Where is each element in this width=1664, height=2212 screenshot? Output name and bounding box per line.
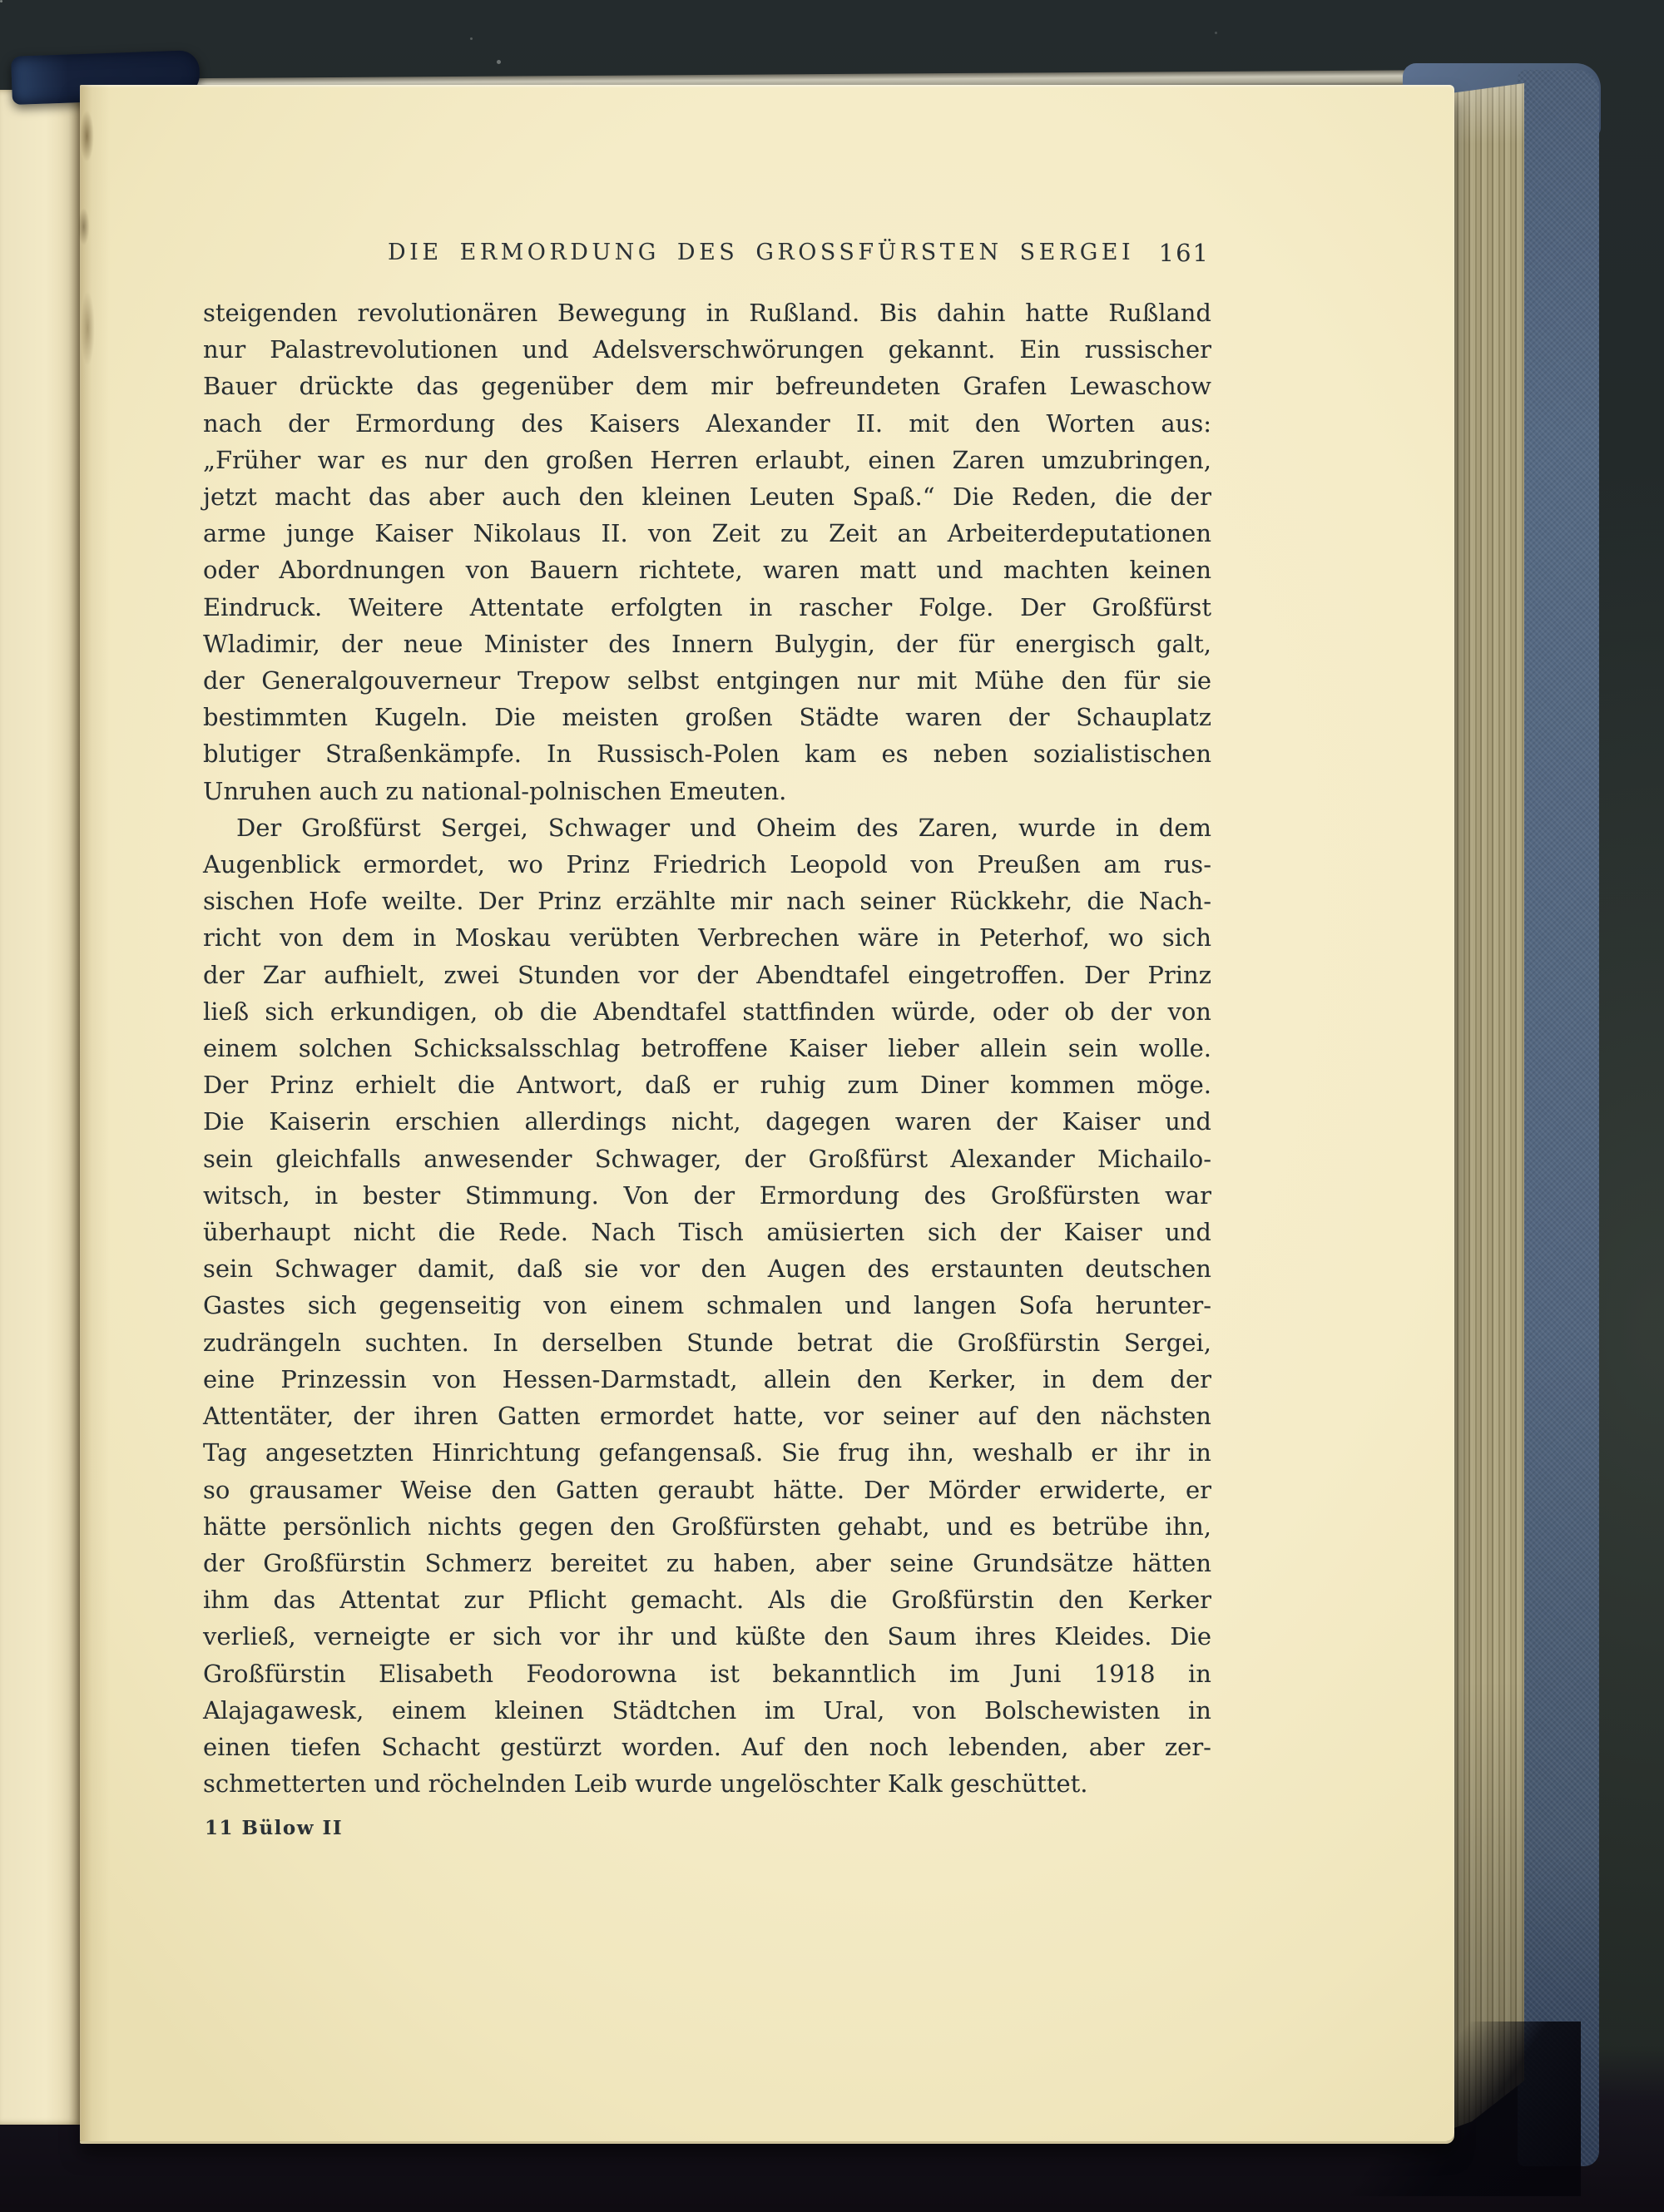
running-head-title: DIE ERMORDUNG DES GROSSFÜRSTEN SERGEI [388, 240, 1134, 265]
text-line: Der Großfürst Sergei, Schwager und Oheim… [203, 809, 1211, 846]
text-line: Tag angesetzten Hinrichtung gefangensaß.… [203, 1434, 1211, 1471]
text-column: DIE ERMORDUNG DES GROSSFÜRSTEN SERGEI 16… [203, 85, 1211, 2141]
text-line: so grausamer Weise den Gatten geraubt hä… [203, 1472, 1211, 1508]
text-line: überhaupt nicht die Rede. Nach Tisch amü… [203, 1214, 1211, 1250]
text-line: ließ sich erkundigen, ob die Abendtafel … [203, 993, 1211, 1030]
text-line: arme junge Kaiser Nikolaus II. von Zeit … [203, 515, 1211, 552]
text-line: der Generalgouverneur Trepow selbst entg… [203, 662, 1211, 699]
page-number: 161 [1159, 239, 1210, 267]
text-line: Attentäter, der ihren Gatten ermordet ha… [203, 1398, 1211, 1434]
text-line: jetzt macht das aber auch den kleinen Le… [203, 478, 1211, 515]
text-line: der Zar aufhielt, zwei Stunden vor der A… [203, 957, 1211, 993]
text-line: Wladimir, der neue Minister des Innern B… [203, 626, 1211, 662]
text-line: Großfürstin Elisabeth Feodorowna ist bek… [203, 1655, 1211, 1692]
text-line: einen tiefen Schacht gestürzt worden. Au… [203, 1729, 1211, 1765]
text-line: witsch, in bester Stimmung. Von der Ermo… [203, 1177, 1211, 1214]
text-line: nur Palastrevolutionen und Adelsverschwö… [203, 331, 1211, 368]
text-line: sein gleichfalls anwesender Schwager, de… [203, 1141, 1211, 1177]
text-line: Bauer drückte das gegenüber dem mir befr… [203, 368, 1211, 404]
text-line: bestimmten Kugeln. Die meisten großen St… [203, 699, 1211, 735]
body-text: steigenden revolutionären Bewegung in Ru… [203, 294, 1211, 1802]
text-line: Gastes sich gegenseitig von einem schmal… [203, 1287, 1211, 1324]
photo-background: DIE ERMORDUNG DES GROSSFÜRSTEN SERGEI 16… [0, 0, 1664, 2212]
gutter-smudge [73, 96, 98, 379]
page-stack-fore-edge [1449, 83, 1524, 2130]
cover-cloth-right-band [1518, 70, 1599, 2166]
signature-mark: 11 Bülow II [205, 1817, 343, 1839]
text-line: nach der Ermordung des Kaisers Alexander… [203, 405, 1211, 442]
facing-page-edge [0, 90, 83, 2125]
gutter-shadow [80, 85, 110, 2141]
text-line: Eindruck. Weitere Attentate erfolgten in… [203, 589, 1211, 626]
text-line: sein Schwager damit, daß sie vor den Aug… [203, 1250, 1211, 1287]
text-line: Unruhen auch zu national-polnischen Emeu… [203, 773, 1211, 809]
text-line: verließ, verneigte er sich vor ihr und k… [203, 1618, 1211, 1655]
text-line: oder Abordnungen von Bauern richtete, wa… [203, 552, 1211, 588]
text-line: sischen Hofe weilte. Der Prinz erzählte … [203, 883, 1211, 919]
text-line: ihm das Attentat zur Pflicht gemacht. Al… [203, 1581, 1211, 1618]
text-line: Die Kaiserin erschien allerdings nicht, … [203, 1103, 1211, 1140]
running-head: DIE ERMORDUNG DES GROSSFÜRSTEN SERGEI 16… [203, 240, 1211, 273]
text-line: „Früher war es nur den großen Herren erl… [203, 442, 1211, 478]
text-line: der Großfürstin Schmerz bereitet zu habe… [203, 1545, 1211, 1581]
text-line: steigenden revolutionären Bewegung in Ru… [203, 294, 1211, 331]
text-line: zudrängeln suchten. In derselben Stunde … [203, 1324, 1211, 1361]
text-line: schmetterten und röchelnden Leib wurde u… [203, 1765, 1211, 1802]
text-line: hätte persönlich nichts gegen den Großfü… [203, 1508, 1211, 1545]
text-line: blutiger Straßenkämpfe. In Russisch-Pole… [203, 735, 1211, 772]
text-line: eine Prinzessin von Hessen-Darmstadt, al… [203, 1361, 1211, 1398]
text-line: Der Prinz erhielt die Antwort, daß er ru… [203, 1066, 1211, 1103]
text-line: richt von dem in Moskau verübten Verbrec… [203, 919, 1211, 956]
book-page: DIE ERMORDUNG DES GROSSFÜRSTEN SERGEI 16… [80, 85, 1454, 2141]
text-line: einem solchen Schicksalsschlag betroffen… [203, 1030, 1211, 1066]
text-line: Alajagawesk, einem kleinen Städtchen im … [203, 1692, 1211, 1729]
text-line: Augenblick ermordet, wo Prinz Friedrich … [203, 846, 1211, 883]
dust-specks [0, 0, 2, 2]
